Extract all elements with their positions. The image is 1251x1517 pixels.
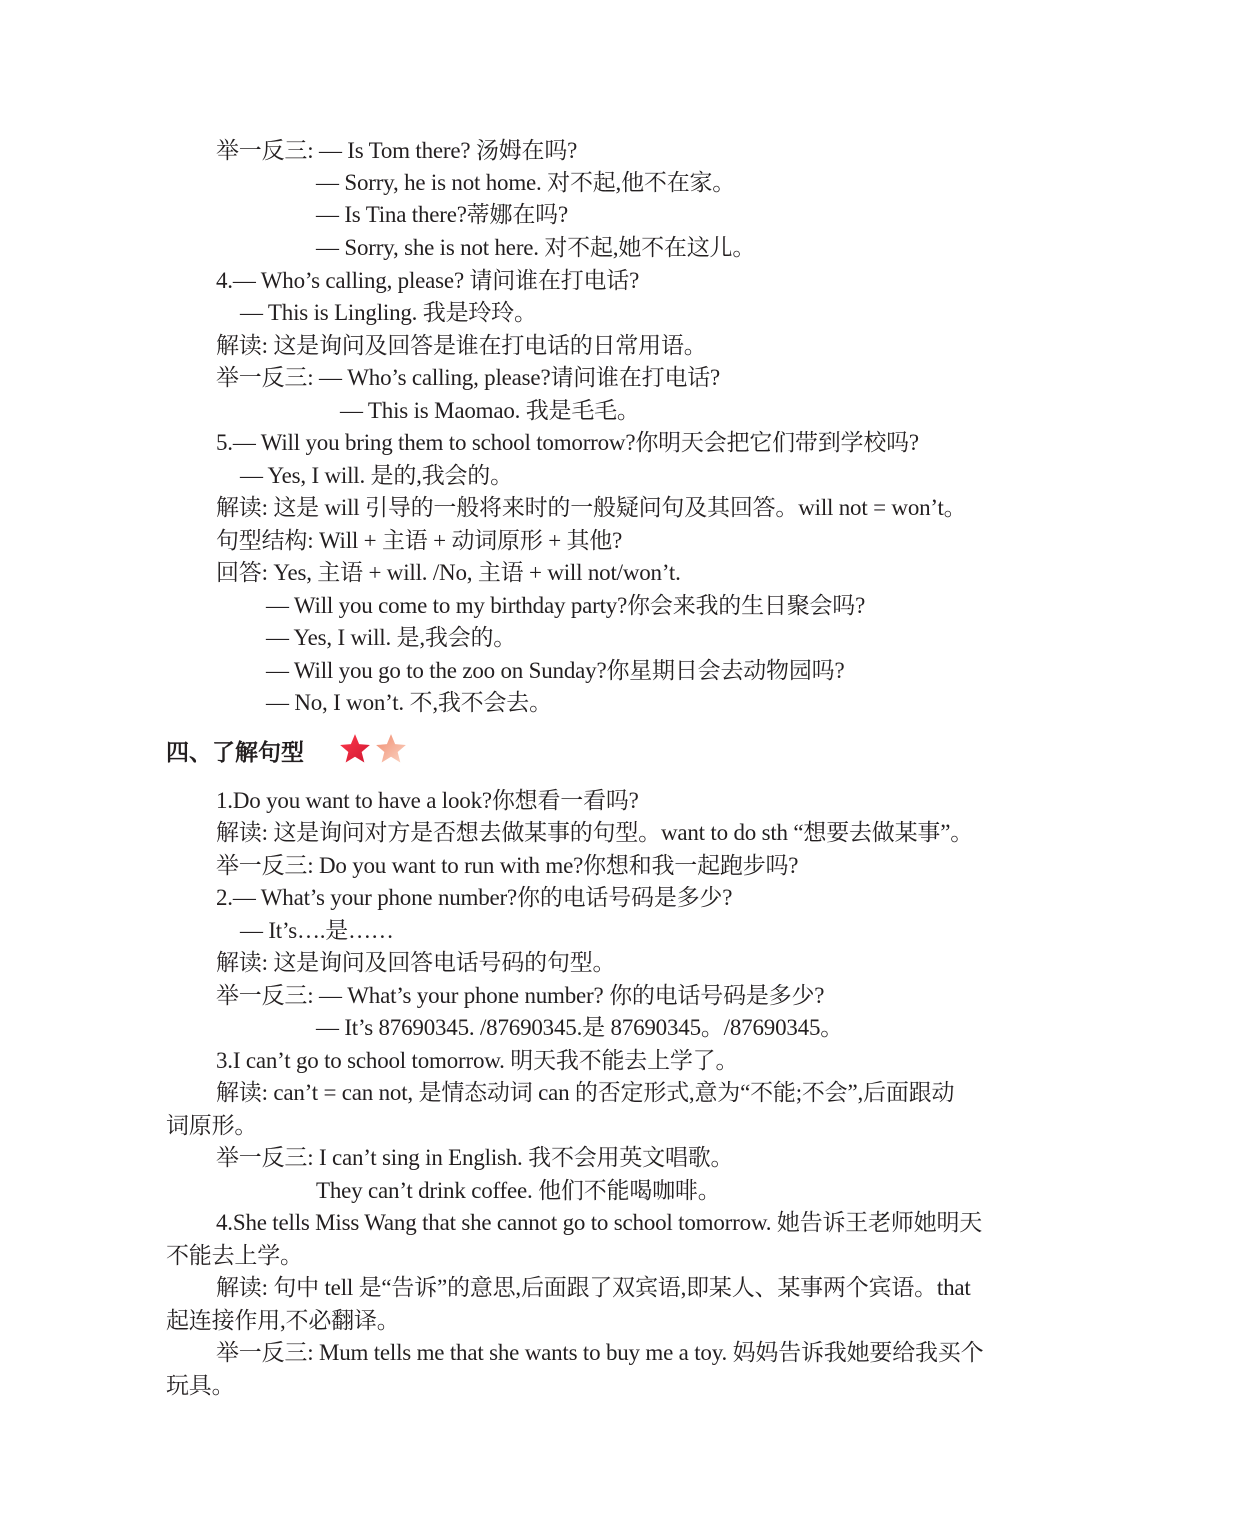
text-line: 5.— Will you bring them to school tomorr… bbox=[216, 428, 919, 458]
text-line: 解读: can’t = can not, 是情态动词 can 的否定形式,意为“… bbox=[216, 1078, 954, 1108]
star-icon-filled bbox=[338, 732, 372, 766]
text-line: — It’s 87690345. /87690345.是 87690345。/8… bbox=[316, 1013, 843, 1043]
text-line: 解读: 这是询问及回答是谁在打电话的日常用语。 bbox=[216, 331, 707, 361]
text-line: — Yes, I will. 是的,我会的。 bbox=[240, 461, 513, 491]
text-line: — This is Lingling. 我是玲玲。 bbox=[240, 298, 537, 328]
text-line: 1.Do you want to have a look?你想看一看吗? bbox=[216, 786, 639, 816]
text-line: 举一反三: I can’t sing in English. 我不会用英文唱歌。 bbox=[216, 1143, 733, 1173]
text-line: 回答: Yes, 主语 + will. /No, 主语 + will not/w… bbox=[216, 558, 681, 588]
text-line: 解读: 这是询问对方是否想去做某事的句型。want to do sth “想要去… bbox=[216, 818, 973, 848]
text-line: 4.She tells Miss Wang that she cannot go… bbox=[216, 1208, 982, 1238]
star-icon-light bbox=[374, 732, 408, 766]
text-line: 起连接作用,不必翻译。 bbox=[166, 1306, 400, 1336]
text-line: 解读: 这是询问及回答电话号码的句型。 bbox=[216, 948, 615, 978]
text-line: — Is Tina there?蒂娜在吗? bbox=[316, 200, 568, 230]
text-line: They can’t drink coffee. 他们不能喝咖啡。 bbox=[316, 1176, 721, 1206]
section-4-heading: 四、了解句型 bbox=[166, 738, 304, 768]
text-line: 解读: 句中 tell 是“告诉”的意思,后面跟了双宾语,即某人、某事两个宾语。… bbox=[216, 1273, 971, 1303]
text-line: — Sorry, he is not home. 对不起,他不在家。 bbox=[316, 168, 735, 198]
text-line: 3.I can’t go to school tomorrow. 明天我不能去上… bbox=[216, 1046, 738, 1076]
text-line: — No, I won’t. 不,我不会去。 bbox=[266, 688, 552, 718]
difficulty-rating bbox=[338, 732, 408, 766]
text-line: 2.— What’s your phone number?你的电话号码是多少? bbox=[216, 883, 732, 913]
text-line: 词原形。 bbox=[166, 1111, 257, 1141]
text-line: — Yes, I will. 是,我会的。 bbox=[266, 623, 516, 653]
text-line: 举一反三: — Is Tom there? 汤姆在吗? bbox=[216, 136, 577, 166]
text-line: — Sorry, she is not here. 对不起,她不在这儿。 bbox=[316, 233, 755, 263]
text-line: 举一反三: Do you want to run with me?你想和我一起跑… bbox=[216, 851, 798, 881]
text-line: — Will you come to my birthday party?你会来… bbox=[266, 591, 865, 621]
text-line: — Will you go to the zoo on Sunday?你星期日会… bbox=[266, 656, 844, 686]
text-line: 举一反三: — What’s your phone number? 你的电话号码… bbox=[216, 981, 824, 1011]
text-line: — This is Maomao. 我是毛毛。 bbox=[340, 396, 640, 426]
text-line: 不能去上学。 bbox=[166, 1241, 303, 1271]
text-line: 玩具。 bbox=[166, 1371, 234, 1401]
text-line: 句型结构: Will + 主语 + 动词原形 + 其他? bbox=[216, 526, 622, 556]
text-line: — It’s….是…… bbox=[240, 916, 394, 946]
text-line: 举一反三: Mum tells me that she wants to buy… bbox=[216, 1338, 983, 1368]
text-line: 4.— Who’s calling, please? 请问谁在打电话? bbox=[216, 266, 639, 296]
text-line: 举一反三: — Who’s calling, please?请问谁在打电话? bbox=[216, 363, 720, 393]
text-line: 解读: 这是 will 引导的一般将来时的一般疑问句及其回答。will not … bbox=[216, 493, 966, 523]
